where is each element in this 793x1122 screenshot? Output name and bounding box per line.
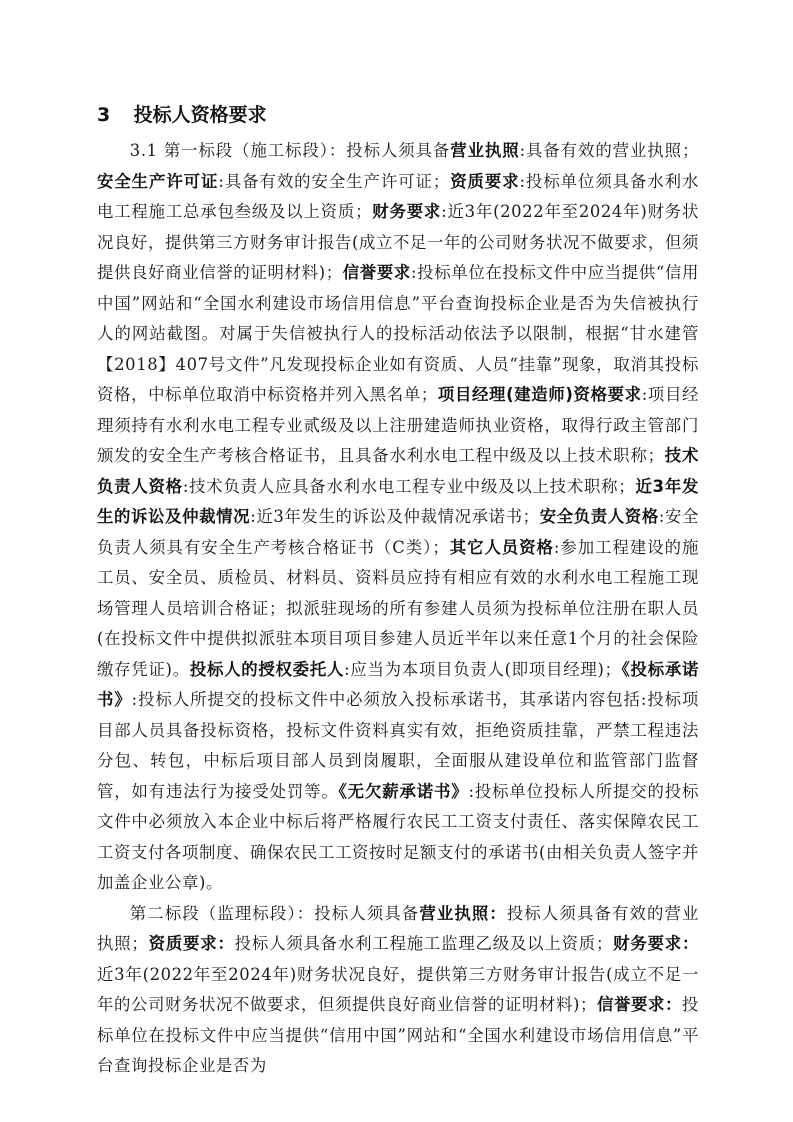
body-text: 第二标段（监理标段）：投标人须具备 [130,904,420,923]
section-number: 3 [97,98,127,132]
body-text: :近3年发生的诉讼及仲裁情况承诺书； [250,507,540,526]
bold-term: 《无欠薪承诺书》 [339,782,469,801]
bold-term: 安全负责人资格 [540,507,659,526]
bold-term: 营业执照： [419,904,507,923]
body-text: :参加工程建设的施工员、安全员、质检员、材料员、资料员应持有相应有效的水利水电工… [97,538,699,679]
body-text: :投标单位在投标文件中应当提供“信用中国”网站和“全国水利建设市场信用信息”平台… [97,263,699,404]
section-heading: 3 投标人资格要求 [97,98,699,132]
paragraph-lot-2: 第二标段（监理标段）：投标人须具备营业执照：投标人须具备有效的营业执照；资质要求… [97,899,699,1082]
body-text: :应当为本项目负责人(即项目经理)； [344,660,621,679]
bold-term: 安全生产许可证 [97,172,218,191]
body-text: 3.1 第一标段（施工标段）：投标人须具备 [130,141,450,160]
bold-term: 信誉要求 [343,263,411,282]
body-text: :具备有效的营业执照； [520,141,699,160]
section-title: 投标人资格要求 [134,104,267,126]
bold-term: 资质要求 [450,172,520,191]
bold-term: 其它人员资格 [449,538,554,557]
body-text: :具备有效的安全生产许可证； [218,172,449,191]
body-text: :技术负责人应具备水利水电工程专业中级及以上技术职称； [183,477,635,496]
bold-term: 投标人的授权委托人 [190,660,344,679]
document-page: 3 投标人资格要求 3.1 第一标段（施工标段）：投标人须具备营业执照:具备有效… [97,98,699,1082]
body-text: 投标人须具备水利工程施工监理乙级及以上资质； [235,934,613,953]
bold-term: 营业执照 [450,141,519,160]
bold-term: 信誉要求： [597,995,682,1014]
bold-term: 资质要求： [148,934,234,953]
bold-term: 财务要求 [372,202,441,221]
bold-term: 项目经理(建造师)资格要求 [438,385,642,404]
bold-term: 财务要求： [613,934,699,953]
paragraph-lot-1: 3.1 第一标段（施工标段）：投标人须具备营业执照:具备有效的营业执照；安全生产… [97,136,699,899]
